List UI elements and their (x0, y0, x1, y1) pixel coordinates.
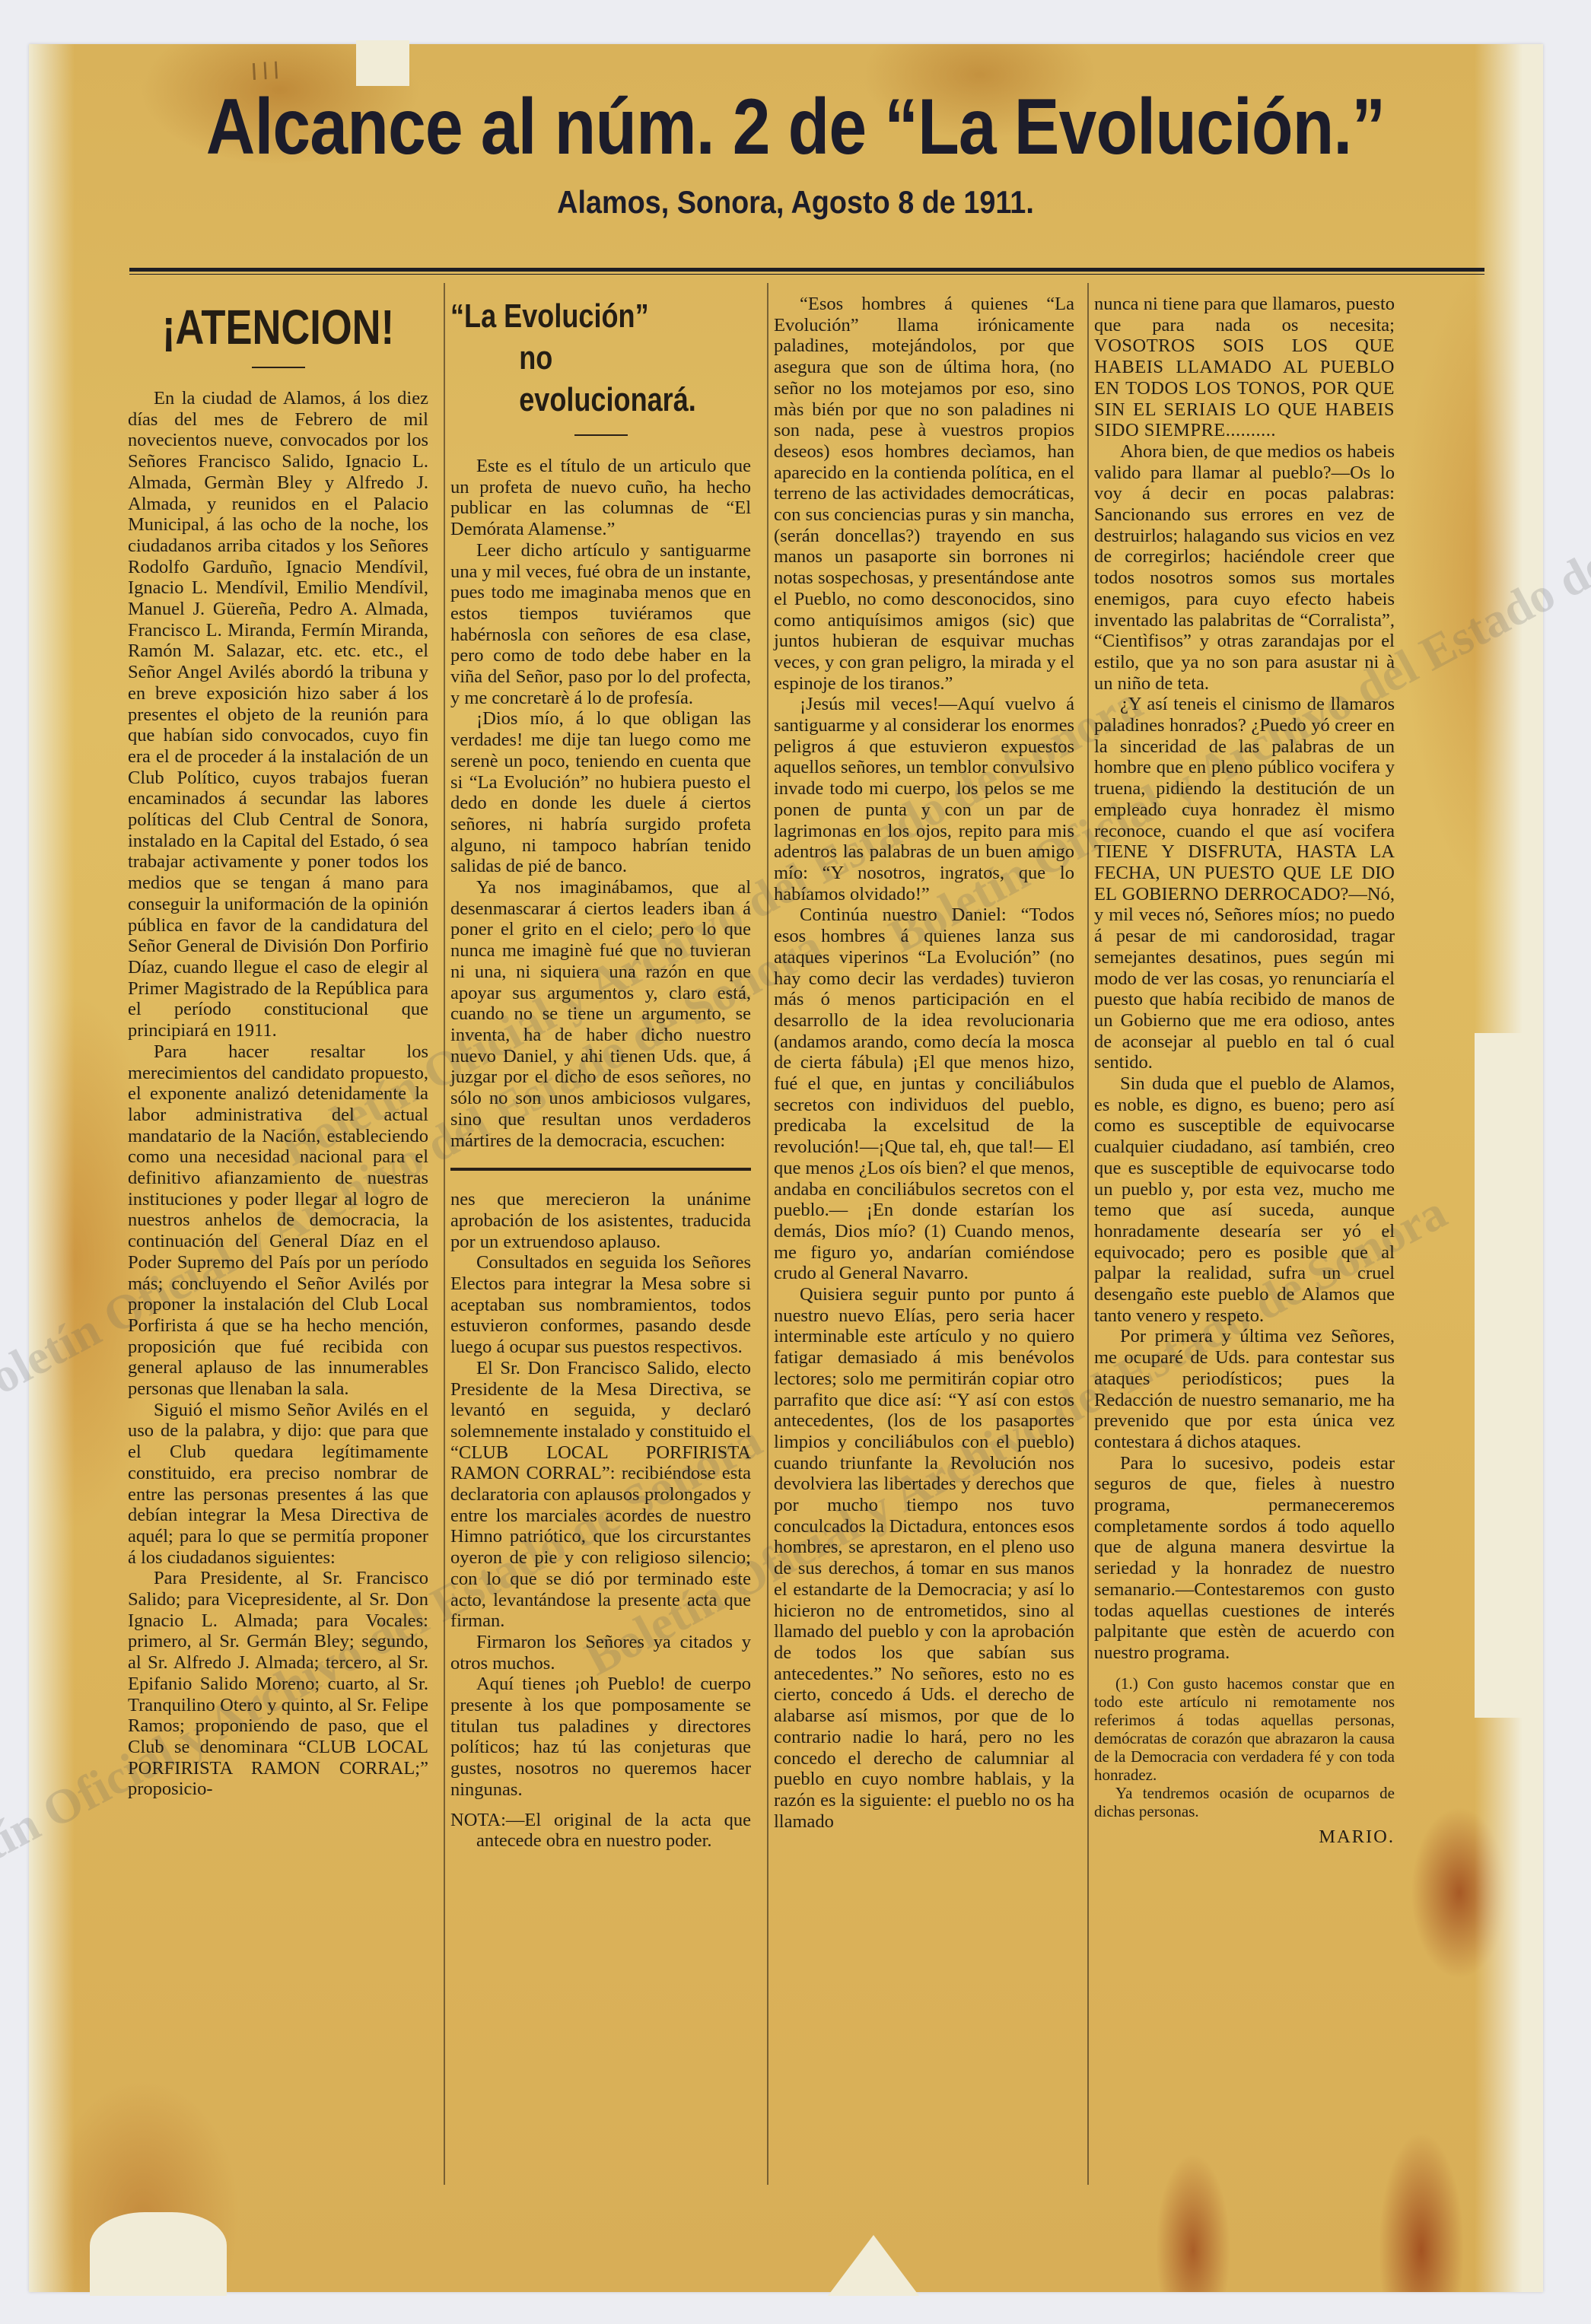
article-paragraph: Por primera y última vez Señores, me ocu… (1094, 1326, 1395, 1452)
torn-edge (1475, 1033, 1543, 1718)
column-divider (767, 283, 768, 2185)
article-continued-col3: “Esos hombres á quienes “La Evolución” l… (774, 281, 1074, 1832)
paragraph-lead: nunca ni tiene para que llamaros, puesto… (1094, 294, 1395, 335)
article-paragraph: Ya nos imaginábamos, que al desenmascara… (450, 877, 751, 1151)
article-paragraph: Sin duda que el pueblo de Alamos, es nob… (1094, 1073, 1395, 1326)
article-paragraph: Ahora bien, de que medios os habeis vali… (1094, 441, 1395, 694)
footnote-text: (1.) Con gusto hacemos constar que en to… (1094, 1674, 1395, 1784)
column-divider (1087, 283, 1089, 2185)
continuation-paragraph: Firmaron los Señores ya citados y otros … (450, 1632, 751, 1674)
footnote-text: Ya tendremos ocasión de ocuparnos de dic… (1094, 1784, 1395, 1820)
article-paragraph: nunca ni tiene para que llamaros, puesto… (1094, 294, 1395, 441)
article-paragraph: Para Presidente, al Sr. Francisco Salido… (128, 1568, 428, 1800)
article-paragraph: Para lo sucesivo, podeis estar seguros d… (1094, 1453, 1395, 1664)
heading-line: “La Evolución” (450, 295, 697, 337)
article-heading: ¡ATENCION! (155, 303, 402, 351)
torn-edge (90, 2212, 227, 2296)
article-paragraph: Siguió el mismo Señor Avilés en el uso d… (128, 1400, 428, 1569)
heading-line: no evolucionará. (450, 337, 697, 421)
continuation-paragraph: nes que merecieron la unánime aprobación… (450, 1189, 751, 1252)
article-atencion: ¡ATENCION! En la ciudad de Alamos, á los… (128, 281, 428, 1800)
nota: NOTA:—El original de la acta que anteced… (450, 1810, 751, 1852)
article-paragraph: Quisiera seguir punto por punto á nuestr… (774, 1284, 1074, 1832)
continuation-paragraph: Consultados en seguida los Señores Elect… (450, 1252, 751, 1358)
article-paragraph: En la ciudad de Alamos, á los diez días … (128, 388, 428, 1041)
article-paragraph: “Esos hombres á quienes “La Evolución” l… (774, 294, 1074, 694)
newspaper-title: Alcance al núm. 2 de “La Evolución.” (111, 84, 1479, 170)
article-paragraph: Continúa nuestro Daniel: “Todos esos hom… (774, 904, 1074, 1284)
continuation-paragraph: El Sr. Don Francisco Salido, electo Pres… (450, 1358, 751, 1632)
article-heading: “La Evolución” no evolucionará. (450, 295, 697, 421)
footnote: (1.) Con gusto hacemos constar que en to… (1094, 1674, 1395, 1820)
section-rule (450, 1168, 751, 1171)
article-paragraph: Este es el título de un articulo que un … (450, 456, 751, 540)
continuation-paragraph: Aquí tienes ¡oh Pueblo! de cuerpo presen… (450, 1674, 751, 1800)
article-paragraph: ¡Dios mío, á lo que obligan las verdades… (450, 708, 751, 877)
heading-rule (252, 367, 305, 368)
torn-edge (29, 44, 75, 2292)
author-signature: MARIO. (1094, 1826, 1395, 1848)
article-paragraph: ¿Y así teneis el cinismo de llamaros pal… (1094, 694, 1395, 1073)
article-paragraph: Leer dicho artículo y santiguarme una y … (450, 540, 751, 709)
article-paragraph: ¡Jesús mil veces!—Aquí vuelvo á santigua… (774, 694, 1074, 904)
torn-edge (356, 40, 409, 86)
masthead-rule (129, 268, 1484, 272)
article-continued-col4: nunca ni tiene para que llamaros, puesto… (1094, 281, 1395, 1847)
article-la-evolucion: “La Evolución” no evolucionará. Este es … (450, 281, 751, 1852)
torn-edge (828, 2235, 919, 2296)
dateline: Alamos, Sonora, Agosto 8 de 1911. (80, 184, 1512, 221)
emphasis-caps: VOSOTROS SOIS LOS QUE HABEIS LLAMADO AL … (1094, 335, 1395, 440)
column-divider (444, 283, 445, 2185)
masthead-rule (129, 274, 1484, 275)
heading-rule (574, 434, 628, 436)
masthead: Alcance al núm. 2 de “La Evolución.” Ala… (0, 84, 1591, 221)
article-paragraph: Para hacer resaltar los merecimientos de… (128, 1041, 428, 1400)
